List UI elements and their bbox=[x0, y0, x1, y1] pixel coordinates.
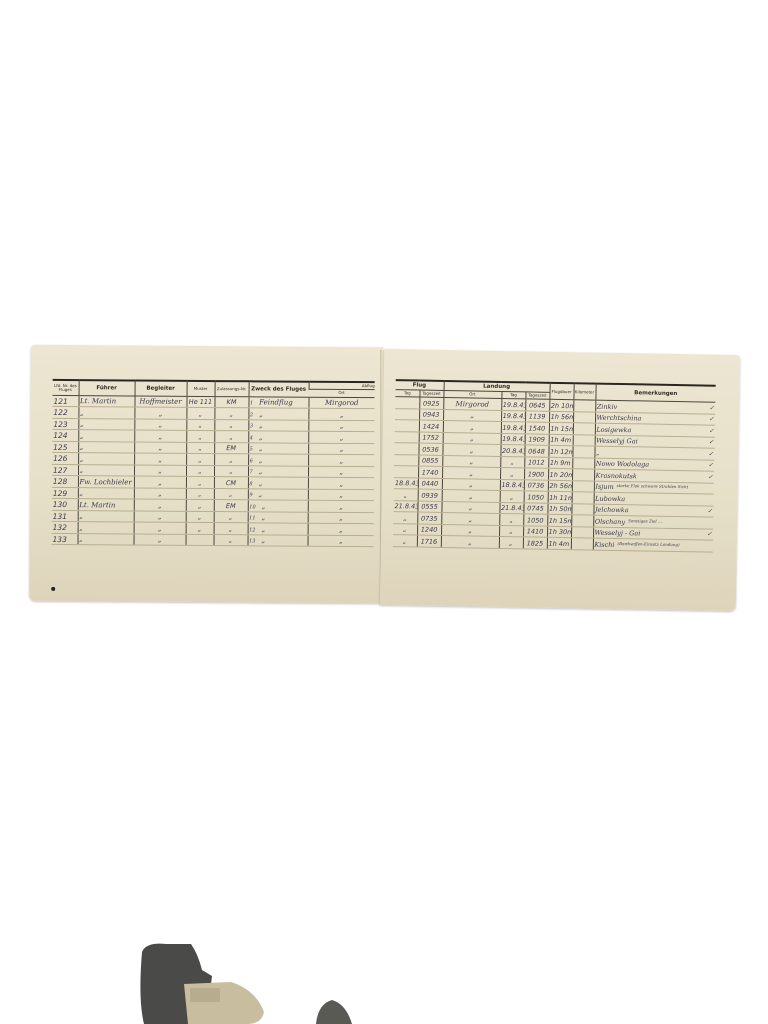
zweck-number: 4 bbox=[250, 435, 253, 441]
landung-zeit-cell: 1909 bbox=[525, 434, 549, 446]
begleiter-cell: „ bbox=[134, 430, 186, 442]
zulassung-cell: „ bbox=[213, 534, 247, 546]
zweck-cell: 2„ bbox=[248, 408, 308, 420]
remark-text: „ bbox=[596, 448, 600, 456]
muster-cell: „ bbox=[186, 419, 214, 431]
tageszeit-cell: 0735 bbox=[417, 512, 441, 524]
zweck-text: „ bbox=[262, 502, 266, 510]
right-page: Flug Landung Flugdauer Kilometer Bemerku… bbox=[380, 349, 740, 611]
landung-ort-cell: Mirgorod bbox=[443, 398, 501, 411]
fuehrer-cell: „ bbox=[78, 418, 134, 430]
row-nr: 125 bbox=[52, 441, 78, 453]
landung-ort-cell: „ bbox=[443, 409, 501, 422]
landung-ort-cell: „ bbox=[442, 455, 500, 468]
row-nr: 130 bbox=[52, 499, 78, 511]
fuehrer-cell: „ bbox=[78, 522, 134, 534]
begleiter-cell: „ bbox=[134, 499, 186, 511]
tag-cell bbox=[395, 397, 419, 409]
tag-cell: 18.8.43 bbox=[394, 478, 418, 490]
zweck-number: 12 bbox=[249, 527, 255, 533]
zweck-text: Feindflug bbox=[259, 398, 293, 406]
zweck-text: „ bbox=[259, 433, 263, 441]
tag-cell bbox=[394, 443, 418, 455]
zweck-cell: 5„ bbox=[248, 443, 308, 455]
begleiter-cell: „ bbox=[134, 419, 186, 431]
zweck-number: 13 bbox=[249, 538, 255, 544]
landung-ort-cell: „ bbox=[442, 467, 500, 480]
flugdauer-cell: 1h 4m bbox=[549, 434, 573, 446]
muster-cell: „ bbox=[186, 511, 214, 523]
flugdauer-cell: 1h 15m bbox=[549, 423, 573, 435]
zweck-text: „ bbox=[259, 479, 263, 487]
zweck-cell: 11„ bbox=[248, 512, 308, 524]
header-zulassung: Zulassungs-Nr. bbox=[215, 381, 249, 397]
flight-table-right: Flug Landung Flugdauer Kilometer Bemerku… bbox=[393, 379, 716, 552]
kilometer-cell bbox=[571, 504, 593, 516]
fuehrer-cell: Fw. Lochbieler bbox=[78, 476, 134, 488]
landung-tag-cell: „ bbox=[499, 514, 523, 526]
zweck-number: 5 bbox=[250, 446, 253, 452]
remark-text: Isjum bbox=[595, 483, 613, 491]
photo-fragments bbox=[136, 940, 356, 1024]
remark-note: starke Flak schwere Strahlen Sicht bbox=[617, 483, 689, 489]
ort-cell: „ bbox=[307, 535, 373, 547]
muster-cell: „ bbox=[186, 431, 214, 443]
row-nr: 126 bbox=[52, 453, 78, 465]
flugdauer-cell: 1h 4m bbox=[547, 538, 571, 550]
header-flugdauer: Flugdauer bbox=[549, 383, 573, 400]
header-zweck: Zweck des Fluges bbox=[249, 381, 309, 397]
ort-cell: „ bbox=[308, 523, 374, 535]
tag-cell: „ bbox=[393, 512, 417, 524]
landung-tag-cell: 21.8.43 bbox=[499, 502, 523, 514]
checkmark-icon: ✓ bbox=[709, 439, 714, 446]
landung-ort-cell: „ bbox=[443, 432, 501, 445]
flugdauer-cell: 1h 11m bbox=[548, 492, 572, 504]
muster-cell bbox=[185, 534, 213, 546]
remark-text: Zinkiv bbox=[597, 402, 618, 410]
zulassung-cell: „ bbox=[214, 488, 248, 500]
zweck-cell: 10„ bbox=[248, 500, 308, 512]
landung-tag-cell: „ bbox=[500, 468, 524, 480]
fuehrer-cell: „ bbox=[78, 441, 134, 453]
landung-ort-cell: „ bbox=[442, 444, 500, 457]
row-nr: 129 bbox=[52, 487, 78, 499]
fuehrer-cell: „ bbox=[78, 464, 134, 476]
zulassung-cell: „ bbox=[214, 419, 248, 431]
fuehrer-cell: „ bbox=[78, 430, 134, 442]
zweck-text: „ bbox=[259, 456, 263, 464]
tag-cell bbox=[395, 409, 419, 421]
zweck-text: „ bbox=[262, 513, 266, 521]
flugdauer-cell: 1h 50m bbox=[547, 503, 571, 515]
landung-zeit-cell: 0736 bbox=[524, 480, 548, 492]
checkmark-icon: ✓ bbox=[709, 404, 714, 411]
left-page: Lfd. Nr. des Fluges Führer Begleiter Mus… bbox=[29, 345, 383, 603]
tageszeit-cell: 1716 bbox=[417, 535, 441, 547]
tag-cell bbox=[394, 466, 418, 478]
landung-tag-cell: 20.8.43 bbox=[500, 445, 524, 457]
ort-cell: „ bbox=[308, 420, 374, 432]
begleiter-cell: „ bbox=[134, 465, 186, 477]
flight-table-left: Lfd. Nr. des Fluges Führer Begleiter Mus… bbox=[51, 379, 374, 548]
kilometer-cell bbox=[572, 446, 594, 458]
landung-zeit-cell: 1540 bbox=[525, 422, 549, 434]
zweck-cell: 8„ bbox=[248, 477, 308, 489]
landung-zeit-cell: 1139 bbox=[525, 411, 549, 423]
checkmark-icon: ✓ bbox=[708, 462, 713, 469]
kilometer-cell bbox=[572, 458, 594, 470]
header-kilometer: Kilometer bbox=[573, 383, 595, 400]
muster-cell: „ bbox=[186, 465, 214, 477]
landung-tag-cell: 19.8.43 bbox=[501, 410, 525, 422]
ort-cell: „ bbox=[308, 489, 374, 501]
remark-text: Wesselyj Gai bbox=[596, 437, 638, 446]
landung-ort-cell: „ bbox=[441, 524, 499, 537]
begleiter-cell: „ bbox=[134, 453, 186, 465]
muster-cell: „ bbox=[186, 477, 214, 489]
landung-zeit-cell: 1900 bbox=[524, 468, 548, 480]
zweck-cell: 13„ bbox=[247, 535, 307, 547]
muster-cell: „ bbox=[186, 523, 214, 535]
kilometer-cell bbox=[573, 423, 595, 435]
row-nr: 124 bbox=[52, 430, 78, 442]
kilometer-cell bbox=[572, 481, 594, 493]
tageszeit-cell: 0536 bbox=[418, 443, 442, 455]
zweck-cell: 9„ bbox=[248, 489, 308, 501]
row-nr: 132 bbox=[52, 522, 78, 534]
remark-text: Werchtschina bbox=[597, 414, 642, 423]
flugdauer-cell: 1h 15m bbox=[547, 515, 571, 527]
begleiter-cell: „ bbox=[134, 511, 186, 523]
remark-note: Sonstiges Ziel ... bbox=[628, 518, 662, 524]
tag-cell: 21.8.43 bbox=[393, 501, 417, 513]
ort-cell: Mirgorod bbox=[308, 397, 374, 409]
row-nr: 123 bbox=[52, 418, 78, 430]
checkmark-icon: ✓ bbox=[709, 416, 714, 423]
flugdauer-cell: 1h 20m bbox=[548, 469, 572, 481]
header-fuehrer: Führer bbox=[79, 380, 135, 396]
landung-tag-cell: 19.8.43 bbox=[501, 422, 525, 434]
muster-cell: „ bbox=[186, 500, 214, 512]
zweck-number: 10 bbox=[249, 504, 255, 510]
row-nr: 128 bbox=[52, 476, 78, 488]
fuehrer-cell: „ bbox=[78, 487, 134, 499]
tageszeit-cell: 0855 bbox=[418, 455, 442, 467]
header-begleiter: Begleiter bbox=[135, 380, 187, 396]
begleiter-cell: „ bbox=[134, 442, 186, 454]
tageszeit-cell: 1240 bbox=[417, 524, 441, 536]
landung-zeit-cell: 1050 bbox=[524, 491, 548, 503]
zweck-text: „ bbox=[261, 536, 265, 544]
landung-zeit-cell: 1825 bbox=[523, 537, 547, 549]
tageszeit-cell: 0925 bbox=[419, 397, 443, 409]
kilometer-cell bbox=[571, 515, 593, 527]
ink-dot bbox=[51, 587, 55, 591]
flugdauer-cell: 2h 56m bbox=[548, 480, 572, 492]
tag-cell: „ bbox=[393, 535, 417, 547]
checkmark-icon: ✓ bbox=[707, 531, 712, 538]
zulassung-cell: „ bbox=[214, 431, 248, 443]
tag-cell bbox=[395, 420, 419, 432]
landung-zeit-cell: 1050 bbox=[523, 514, 547, 526]
tag-cell: „ bbox=[393, 524, 417, 536]
ort-cell: „ bbox=[308, 477, 374, 489]
zweck-number: 3 bbox=[250, 423, 253, 429]
ort-cell: „ bbox=[308, 454, 374, 466]
muster-cell: „ bbox=[186, 408, 214, 420]
logbook: Lfd. Nr. des Fluges Führer Begleiter Mus… bbox=[30, 346, 738, 608]
landung-ort-cell: „ bbox=[443, 421, 501, 434]
kilometer-cell bbox=[571, 527, 593, 539]
zweck-number: 1 bbox=[250, 400, 253, 406]
landung-tag-cell: „ bbox=[500, 491, 524, 503]
zulassung-cell: EM bbox=[214, 500, 248, 512]
landung-ort-cell: „ bbox=[441, 501, 499, 514]
flugdauer-cell: 1h 30m bbox=[547, 526, 571, 538]
zweck-cell: 6„ bbox=[248, 454, 308, 466]
landung-tag-cell: „ bbox=[499, 537, 523, 549]
tageszeit-cell: 1424 bbox=[419, 420, 443, 432]
flugdauer-cell: 2h 10m bbox=[549, 400, 573, 412]
landung-zeit-cell: 0745 bbox=[523, 503, 547, 515]
checkmark-icon: ✓ bbox=[708, 450, 713, 457]
fuehrer-cell: Lt. Martin bbox=[78, 499, 134, 511]
header-nr: Lfd. Nr. des Fluges bbox=[53, 380, 79, 395]
zweck-cell: 3„ bbox=[248, 420, 308, 432]
header-muster: Muster bbox=[187, 381, 215, 396]
tageszeit-cell: 1752 bbox=[419, 432, 443, 444]
muster-cell: He 111 bbox=[186, 396, 214, 408]
zweck-text: „ bbox=[259, 444, 263, 452]
ort-cell: „ bbox=[308, 443, 374, 455]
zulassung-cell: CM bbox=[214, 477, 248, 489]
remark-note: (Bordwaffen-Einsatz Landung) bbox=[618, 541, 680, 547]
flugdauer-cell: 1h 56m bbox=[549, 411, 573, 423]
landung-zeit-cell: 1410 bbox=[523, 526, 547, 538]
landung-tag-cell: 19.8.43 bbox=[501, 433, 525, 445]
zulassung-cell: EM bbox=[214, 442, 248, 454]
muster-cell: „ bbox=[186, 442, 214, 454]
flugdauer-cell: 1h 12m bbox=[548, 446, 572, 458]
tag-cell: „ bbox=[394, 489, 418, 501]
begleiter-cell: „ bbox=[134, 407, 186, 419]
ort-cell: „ bbox=[308, 512, 374, 524]
zweck-cell: 4„ bbox=[248, 431, 308, 443]
begleiter-cell: Hoffmeister bbox=[134, 396, 186, 408]
landung-ort-cell: „ bbox=[441, 513, 499, 526]
ort-cell: „ bbox=[308, 466, 374, 478]
zweck-text: „ bbox=[259, 490, 263, 498]
kilometer-cell bbox=[573, 435, 595, 447]
begleiter-cell: „ bbox=[134, 534, 186, 546]
landung-tag-cell: 18.8.43 bbox=[500, 479, 524, 491]
remark-text: Losigewka bbox=[596, 425, 631, 434]
remark-text: Jelchowka bbox=[595, 506, 629, 515]
zulassung-cell: „ bbox=[214, 454, 248, 466]
muster-cell: „ bbox=[186, 488, 214, 500]
zweck-number: 11 bbox=[249, 515, 255, 521]
zulassung-cell: „ bbox=[214, 523, 248, 535]
zweck-text: „ bbox=[259, 421, 263, 429]
remark-text: Nowo Wodolaga bbox=[596, 460, 650, 469]
ort-cell: „ bbox=[308, 408, 374, 420]
zweck-cell: 12„ bbox=[248, 523, 308, 535]
kilometer-cell bbox=[571, 538, 593, 550]
bemerkungen-cell: Kischi(Bordwaffen-Einsatz Landung) bbox=[593, 539, 713, 553]
zulassung-cell: KM bbox=[214, 396, 248, 408]
kilometer-cell bbox=[572, 492, 594, 504]
landung-tag-cell: „ bbox=[500, 456, 524, 468]
ort-cell: „ bbox=[308, 500, 374, 512]
tageszeit-cell: 0440 bbox=[418, 478, 442, 490]
zweck-text: „ bbox=[259, 467, 263, 475]
table-row: 133„„„13„„ bbox=[52, 533, 374, 547]
flugdauer-cell: 1h 9m bbox=[548, 457, 572, 469]
kilometer-cell bbox=[573, 412, 595, 424]
zweck-number: 6 bbox=[250, 458, 253, 464]
zweck-text: „ bbox=[261, 525, 265, 533]
tageszeit-cell: 0943 bbox=[419, 409, 443, 421]
row-nr: 127 bbox=[52, 464, 78, 476]
tageszeit-cell: 0939 bbox=[418, 489, 442, 501]
zweck-cell: 1Feindflug bbox=[248, 397, 308, 409]
zulassung-cell: „ bbox=[214, 408, 248, 420]
zulassung-cell: „ bbox=[214, 511, 248, 523]
zweck-number: 9 bbox=[249, 492, 252, 498]
landung-zeit-cell: 0645 bbox=[525, 399, 549, 411]
row-nr: 131 bbox=[52, 510, 78, 522]
row-nr: 121 bbox=[52, 395, 78, 407]
checkmark-icon: ✓ bbox=[708, 473, 713, 480]
fuehrer-cell: „ bbox=[78, 453, 134, 465]
begleiter-cell: „ bbox=[134, 476, 186, 488]
zweck-text: „ bbox=[259, 410, 263, 418]
tag-cell bbox=[394, 455, 418, 467]
landung-ort-cell: „ bbox=[441, 536, 499, 549]
row-nr: 133 bbox=[52, 533, 78, 545]
tag-cell bbox=[395, 432, 419, 444]
remark-text: Krasnokutsk bbox=[596, 471, 637, 480]
header-bemerkungen: Bemerkungen bbox=[595, 384, 715, 403]
landung-zeit-cell: 0648 bbox=[524, 445, 548, 457]
fuehrer-cell: „ bbox=[78, 533, 134, 545]
zweck-number: 8 bbox=[249, 481, 252, 487]
muster-cell: „ bbox=[186, 454, 214, 466]
landung-zeit-cell: 1012 bbox=[524, 457, 548, 469]
tageszeit-cell: 1740 bbox=[418, 466, 442, 478]
checkmark-icon: ✓ bbox=[709, 427, 714, 434]
fuehrer-cell: „ bbox=[78, 407, 134, 419]
zweck-number: 2 bbox=[250, 412, 253, 418]
fuehrer-cell: Lt. Martin bbox=[78, 395, 134, 407]
remark-text: Kischi bbox=[594, 540, 614, 548]
zweck-cell: 7„ bbox=[248, 466, 308, 478]
remark-text: Wesselyj - Gai bbox=[595, 529, 641, 538]
remark-text: Olschany bbox=[595, 517, 625, 526]
begleiter-cell: „ bbox=[134, 488, 186, 500]
zweck-number: 7 bbox=[249, 469, 252, 475]
begleiter-cell: „ bbox=[134, 522, 186, 534]
landung-ort-cell: „ bbox=[442, 478, 500, 491]
landung-tag-cell: „ bbox=[499, 525, 523, 537]
tageszeit-cell: 0555 bbox=[417, 501, 441, 513]
checkmark-icon: ✓ bbox=[707, 508, 712, 515]
fuehrer-cell: „ bbox=[78, 510, 134, 522]
kilometer-cell bbox=[572, 469, 594, 481]
landung-ort-cell: „ bbox=[442, 490, 500, 503]
row-nr: 122 bbox=[52, 407, 78, 419]
zulassung-cell: „ bbox=[214, 465, 248, 477]
ort-cell: „ bbox=[308, 431, 374, 443]
kilometer-cell bbox=[573, 400, 595, 412]
landung-tag-cell: 19.8.43 bbox=[501, 399, 525, 411]
remark-text: Lubowka bbox=[595, 494, 625, 503]
